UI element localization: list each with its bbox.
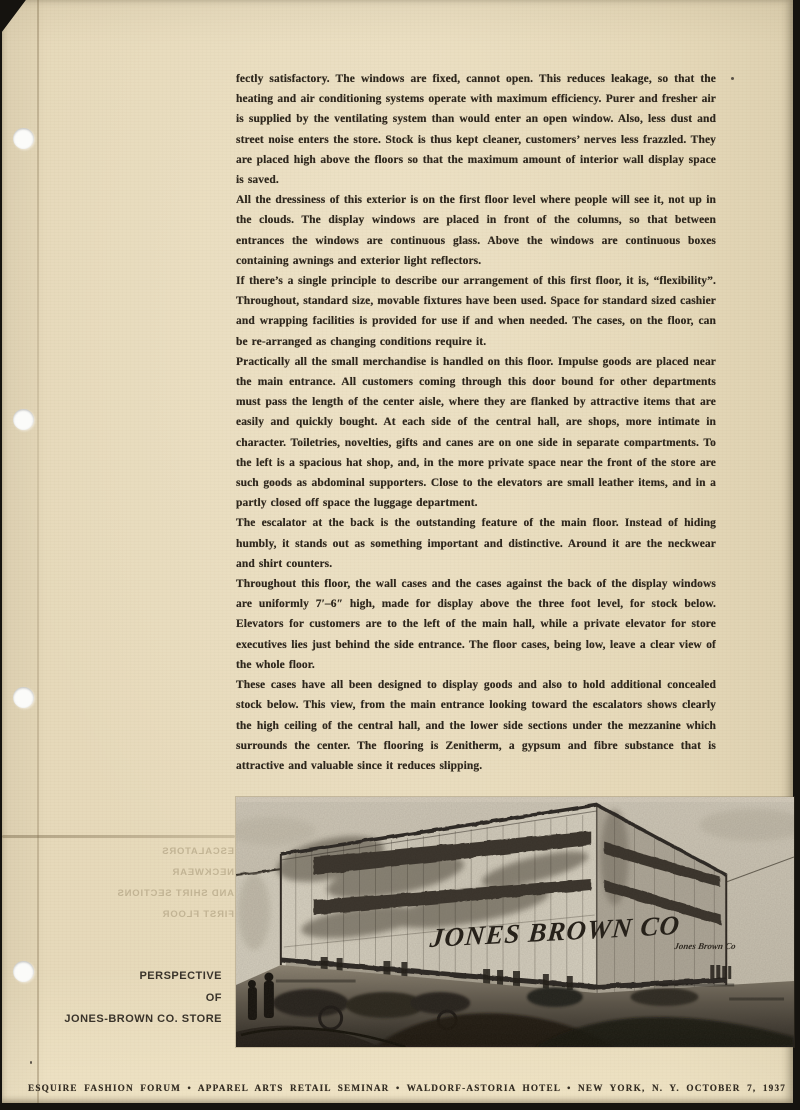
caption-line: OF xyxy=(40,988,222,1010)
footer-event-line: ESQUIRE FASHION FORUM • APPAREL ARTS RET… xyxy=(28,1083,790,1093)
punch-hole xyxy=(13,961,34,982)
paragraph: All the dressiness of this exterior is o… xyxy=(236,190,716,271)
vertical-fold-crease xyxy=(37,0,39,1103)
illustration-caption: PERSPECTIVE OF JONES-BROWN CO. STORE xyxy=(40,966,222,1031)
paragraph: Throughout this floor, the wall cases an… xyxy=(236,574,716,675)
paragraph: The escalator at the back is the outstan… xyxy=(236,513,716,574)
bleed-through-text: ESCALATORS NECKWEAR AND SHIRT SECTIONS F… xyxy=(92,841,234,925)
paper-speck xyxy=(30,1061,32,1064)
horizontal-fold-crease xyxy=(2,835,235,838)
paragraph: fectly satisfactory. The windows are fix… xyxy=(236,69,716,190)
paper-speck xyxy=(731,77,734,80)
punch-hole xyxy=(13,409,34,430)
body-text-column: fectly satisfactory. The windows are fix… xyxy=(236,69,716,776)
caption-line: PERSPECTIVE xyxy=(40,966,222,988)
punch-hole xyxy=(13,128,34,149)
paragraph: Practically all the small merchandise is… xyxy=(236,352,716,514)
paragraph: If there’s a single principle to describ… xyxy=(236,271,716,352)
caption-line: JONES-BROWN CO. STORE xyxy=(40,1009,222,1031)
scanned-document-page: fectly satisfactory. The windows are fix… xyxy=(0,0,800,1110)
punch-hole xyxy=(13,687,34,708)
paragraph: These cases have all been designed to di… xyxy=(236,675,716,776)
perspective-sketch-jones-brown-store: JONES BROWN CO Jones Brown Co xyxy=(236,797,794,1047)
